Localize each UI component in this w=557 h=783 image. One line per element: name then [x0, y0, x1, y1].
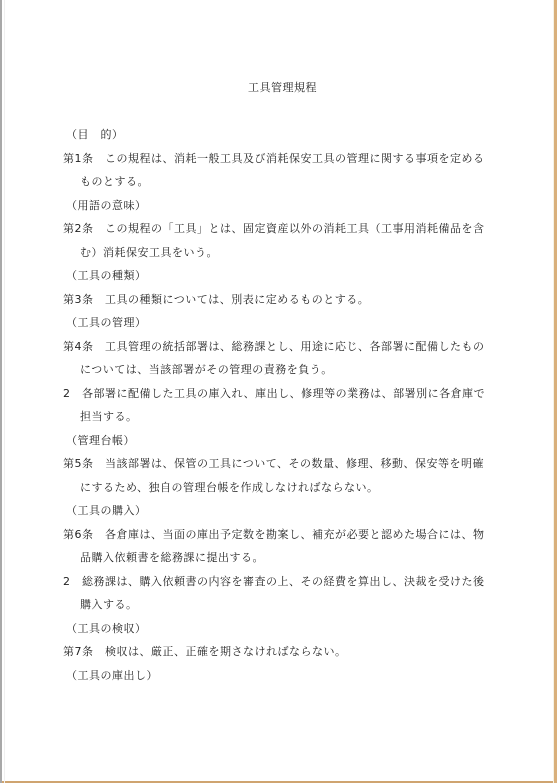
scan-edge-left — [0, 0, 2, 783]
doc-line: 担当する。 — [63, 405, 502, 429]
doc-line: （工具の検収） — [63, 617, 502, 641]
doc-line: 第7条 検収は、厳正、正確を期さなければならない。 — [63, 640, 502, 664]
document-content: 工具管理規程 （目 的）第1条 この規程は、消耗一般工具及び消耗保安工具の管理に… — [63, 76, 502, 687]
doc-line: にするため、独自の管理台帳を作成しなければならない。 — [63, 476, 502, 500]
doc-line: 第5条 当該部署は、保管の工具について、その数量、修理、移動、保安等を明確 — [63, 452, 502, 476]
doc-line: については、当該部署がその管理の責務を負う。 — [63, 358, 502, 382]
doc-line: （工具の購入） — [63, 499, 502, 523]
doc-line: （工具の管理） — [63, 311, 502, 335]
doc-line: （管理台帳） — [63, 429, 502, 453]
doc-line: （目 的） — [63, 123, 502, 147]
document-title: 工具管理規程 — [63, 76, 502, 100]
doc-line: む）消耗保安工具をいう。 — [63, 241, 502, 265]
document-body: （目 的）第1条 この規程は、消耗一般工具及び消耗保安工具の管理に関する事項を定… — [63, 123, 502, 687]
doc-line: 第4条 工具管理の統括部署は、総務課とし、用途に応じ、各部署に配備したもの — [63, 335, 502, 359]
doc-line: （用語の意味） — [63, 194, 502, 218]
doc-line: 品購入依頼書を総務課に提出する。 — [63, 546, 502, 570]
doc-line: 2 各部署に配備した工具の庫入れ、庫出し、修理等の業務は、部署別に各倉庫で — [63, 382, 502, 406]
doc-line: 購入する。 — [63, 593, 502, 617]
doc-line: 第1条 この規程は、消耗一般工具及び消耗保安工具の管理に関する事項を定める — [63, 147, 502, 171]
scan-edge-left-faint — [4, 0, 5, 783]
doc-line: （工具の庫出し） — [63, 664, 502, 688]
doc-line: ものとする。 — [63, 170, 502, 194]
doc-line: 2 総務課は、購入依頼書の内容を審査の上、その経費を算出し、決裁を受けた後 — [63, 570, 502, 594]
doc-line: 第3条 工具の種類については、別表に定めるものとする。 — [63, 288, 502, 312]
document-page: 工具管理規程 （目 的）第1条 この規程は、消耗一般工具及び消耗保安工具の管理に… — [0, 0, 557, 783]
doc-line: （工具の種類） — [63, 264, 502, 288]
doc-line: 第2条 この規程の「工具」とは、固定資産以外の消耗工具（工事用消耗備品を含 — [63, 217, 502, 241]
doc-line: 第6条 各倉庫は、当面の庫出予定数を勘案し、補充が必要と認めた場合には、物 — [63, 523, 502, 547]
